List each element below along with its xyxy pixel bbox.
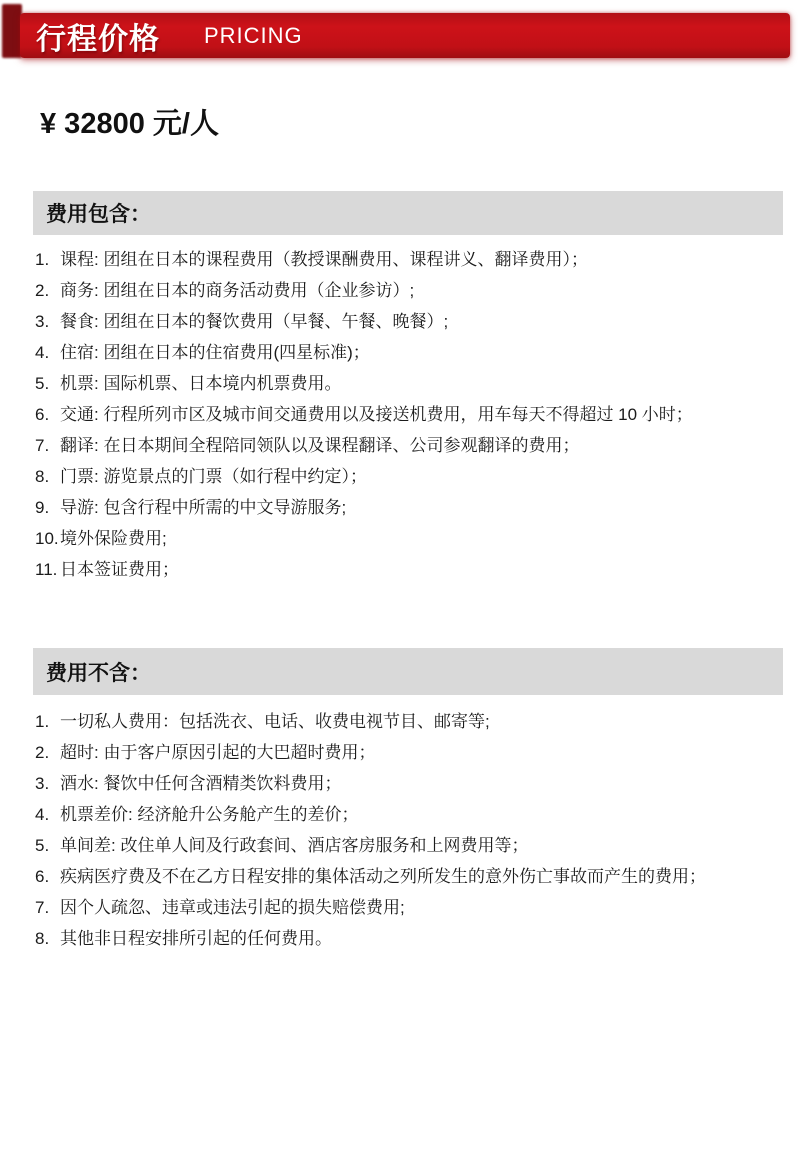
- list-item: 6.疾病医疗费及不在乙方日程安排的集体活动之列所发生的意外伤亡事故而产生的费用；: [35, 861, 790, 892]
- section-fees-excluded: 费用不含： 1.一切私人费用：包括洗衣、电话、收费电视节目、邮寄等; 2.超时:…: [0, 648, 810, 954]
- list-item: 4.机票差价: 经济舱升公务舱产生的差价；: [35, 799, 790, 830]
- header-red-bar: 行程价格 PRICING: [20, 13, 790, 58]
- item-text: 因个人疏忽、违章或违法引起的损失赔偿费用;: [60, 892, 790, 923]
- item-text: 课程: 团组在日本的课程费用（教授课酬费用、课程讲义、翻译费用）；: [60, 244, 790, 275]
- item-text: 酒水: 餐饮中任何含酒精类饮料费用；: [60, 768, 790, 799]
- header-accent-block: [2, 4, 22, 58]
- section-included-header: 费用包含：: [33, 191, 783, 235]
- list-item: 5.机票: 国际机票、日本境内机票费用。: [35, 368, 790, 399]
- item-number: 3.: [35, 306, 60, 337]
- item-text: 导游: 包含行程中所需的中文导游服务;: [60, 492, 790, 523]
- page-header: 行程价格 PRICING: [0, 0, 810, 62]
- list-item: 1.一切私人费用：包括洗衣、电话、收费电视节目、邮寄等;: [35, 706, 790, 737]
- list-item: 1.课程: 团组在日本的课程费用（教授课酬费用、课程讲义、翻译费用）；: [35, 244, 790, 275]
- item-number: 5.: [35, 368, 60, 399]
- list-item: 3.酒水: 餐饮中任何含酒精类饮料费用；: [35, 768, 790, 799]
- item-text: 境外保险费用;: [60, 523, 790, 554]
- item-number: 8.: [35, 923, 60, 954]
- list-item: 7.翻译: 在日本期间全程陪同领队以及课程翻译、公司参观翻译的费用；: [35, 430, 790, 461]
- item-text: 餐食: 团组在日本的餐饮费用（早餐、午餐、晚餐）;: [60, 306, 790, 337]
- list-item: 4.住宿: 团组在日本的住宿费用(四星标准)；: [35, 337, 790, 368]
- list-item: 8.门票: 游览景点的门票（如行程中约定）；: [35, 461, 790, 492]
- item-text: 疾病医疗费及不在乙方日程安排的集体活动之列所发生的意外伤亡事故而产生的费用；: [60, 861, 790, 892]
- item-number: 1.: [35, 244, 60, 275]
- item-text: 一切私人费用：包括洗衣、电话、收费电视节目、邮寄等;: [60, 706, 790, 737]
- section-excluded-header: 费用不含：: [33, 648, 783, 695]
- item-text: 其他非日程安排所引起的任何费用。: [60, 923, 790, 954]
- list-item: 2.商务: 团组在日本的商务活动费用（企业参访）;: [35, 275, 790, 306]
- pricing-page: 行程价格 PRICING ¥ 32800 元/人 费用包含： 1.课程: 团组在…: [0, 0, 810, 1155]
- item-text: 商务: 团组在日本的商务活动费用（企业参访）;: [60, 275, 790, 306]
- list-item: 11.日本签证费用；: [35, 554, 790, 585]
- item-number: 6.: [35, 861, 60, 892]
- item-text: 门票: 游览景点的门票（如行程中约定）；: [60, 461, 790, 492]
- item-number: 9.: [35, 492, 60, 523]
- section-included-title: 费用包含：: [46, 198, 151, 228]
- item-number: 2.: [35, 737, 60, 768]
- excluded-fee-list: 1.一切私人费用：包括洗衣、电话、收费电视节目、邮寄等; 2.超时: 由于客户原…: [35, 706, 790, 954]
- item-number: 10.: [35, 523, 60, 554]
- section-excluded-title: 费用不含：: [46, 657, 151, 687]
- list-item: 6.交通: 行程所列市区及城市间交通费用以及接送机费用，用车每天不得超过 10 …: [35, 399, 790, 430]
- item-number: 2.: [35, 275, 60, 306]
- list-item: 10.境外保险费用;: [35, 523, 790, 554]
- list-item: 7.因个人疏忽、违章或违法引起的损失赔偿费用;: [35, 892, 790, 923]
- item-text: 交通: 行程所列市区及城市间交通费用以及接送机费用，用车每天不得超过 10 小时…: [60, 399, 790, 430]
- section-fees-included: 费用包含： 1.课程: 团组在日本的课程费用（教授课酬费用、课程讲义、翻译费用）…: [0, 191, 810, 585]
- item-text: 机票: 国际机票、日本境内机票费用。: [60, 368, 790, 399]
- list-item: 8.其他非日程安排所引起的任何费用。: [35, 923, 790, 954]
- item-number: 8.: [35, 461, 60, 492]
- item-number: 6.: [35, 399, 60, 430]
- item-number: 7.: [35, 430, 60, 461]
- item-text: 住宿: 团组在日本的住宿费用(四星标准)；: [60, 337, 790, 368]
- item-text: 机票差价: 经济舱升公务舱产生的差价；: [60, 799, 790, 830]
- page-title: 行程价格: [36, 14, 160, 58]
- item-number: 1.: [35, 706, 60, 737]
- list-item: 3.餐食: 团组在日本的餐饮费用（早餐、午餐、晚餐）;: [35, 306, 790, 337]
- list-item: 9.导游: 包含行程中所需的中文导游服务;: [35, 492, 790, 523]
- item-number: 3.: [35, 768, 60, 799]
- item-number: 4.: [35, 799, 60, 830]
- item-number: 4.: [35, 337, 60, 368]
- item-text: 日本签证费用；: [60, 554, 790, 585]
- included-fee-list: 1.课程: 团组在日本的课程费用（教授课酬费用、课程讲义、翻译费用）； 2.商务…: [35, 244, 790, 585]
- item-text: 单间差: 改住单人间及行政套间、酒店客房服务和上网费用等；: [60, 830, 790, 861]
- item-number: 5.: [35, 830, 60, 861]
- item-number: 7.: [35, 892, 60, 923]
- list-item: 5.单间差: 改住单人间及行政套间、酒店客房服务和上网费用等；: [35, 830, 790, 861]
- price-per-person: ¥ 32800 元/人: [40, 107, 810, 141]
- page-subtitle: PRICING: [204, 23, 303, 49]
- item-number: 11.: [35, 554, 60, 585]
- list-item: 2.超时: 由于客户原因引起的大巴超时费用；: [35, 737, 790, 768]
- item-text: 超时: 由于客户原因引起的大巴超时费用；: [60, 737, 790, 768]
- item-text: 翻译: 在日本期间全程陪同领队以及课程翻译、公司参观翻译的费用；: [60, 430, 790, 461]
